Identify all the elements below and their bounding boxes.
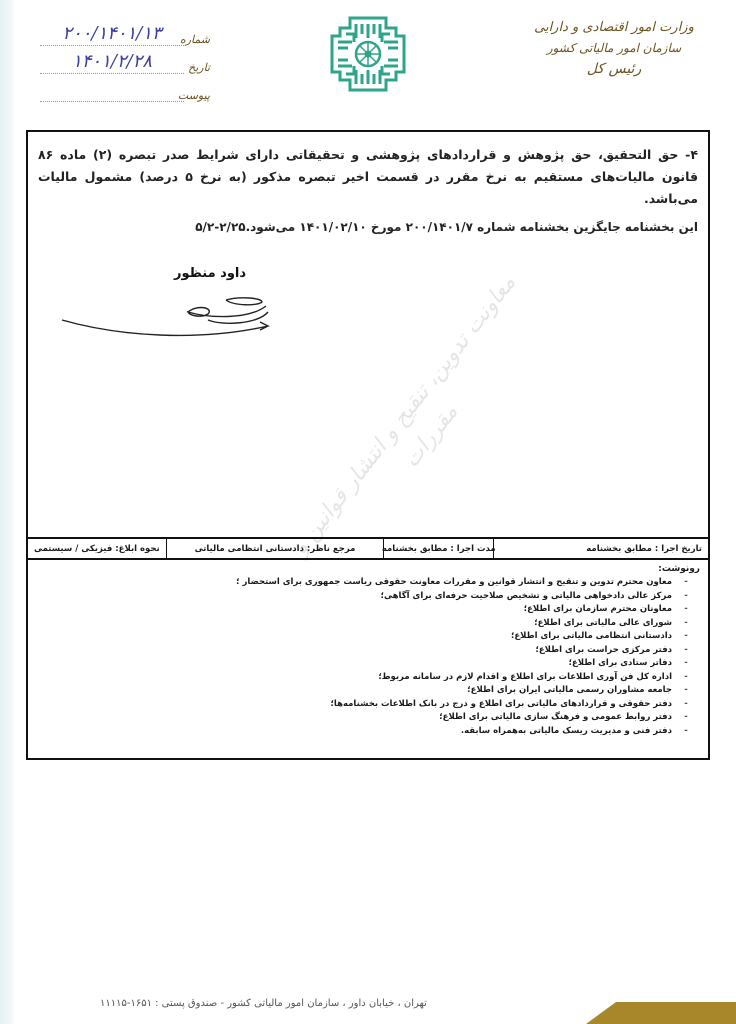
letter-date-value: ۱۴۰۱/۲/۲۸ [40, 51, 184, 74]
list-item: -مرکز عالی دادخواهی مالیاتی و تشخیص صلاح… [36, 590, 700, 604]
execution-date-cell: تاریخ اجرا : مطابق بخشنامه [493, 539, 708, 558]
copies-section: رونوشت: -معاون محترم تدوین و تنقیح و انت… [36, 564, 700, 738]
list-item: -شورای عالی مالیاتی برای اطلاع؛ [36, 617, 700, 631]
list-item: -دفتر فنی و مدیریت ریسک مالیاتی به‌همراه… [36, 725, 700, 739]
signer-name: داود منظور [174, 266, 246, 281]
list-item: -معاون محترم تدوین و تنقیح و انتشار قوان… [36, 576, 700, 590]
body-text: ۴- حق التحقیق، حق پژوهش و قراردادهای پژو… [38, 144, 698, 238]
notification-method-cell: نحوه ابلاغ: فیزیکی / سیستمی [28, 539, 166, 558]
footer-decorative-bar [586, 1002, 736, 1024]
paragraph-4: ۴- حق التحقیق، حق پژوهش و قراردادهای پژو… [38, 144, 698, 210]
letterhead: وزارت امور اقتصادی و دارایی سازمان امور … [514, 18, 714, 80]
execution-info-row: تاریخ اجرا : مطابق بخشنامه مدت اجرا : مط… [28, 537, 708, 560]
letter-meta: شماره ۲۰۰/۱۴۰۱/۱۳ تاریخ ۱۴۰۱/۲/۲۸ پیوست [40, 18, 210, 102]
replacement-note: این بخشنامه جایگزین بخشنامه شماره ۲۰۰/۱۴… [38, 216, 698, 238]
list-item: -اداره کل فن آوری اطلاعات برای اطلاع و ا… [36, 671, 700, 685]
letter-date-label: تاریخ [184, 61, 210, 74]
letter-number-value: ۲۰۰/۱۴۰۱/۱۳ [40, 23, 184, 46]
letter-number-row: شماره ۲۰۰/۱۴۰۱/۱۳ [40, 18, 210, 46]
list-item: -دفتر روابط عمومی و فرهنگ سازی مالیاتی ب… [36, 711, 700, 725]
list-item: -دفاتر ستادی برای اطلاع؛ [36, 657, 700, 671]
list-item: -دادستانی انتظامی مالیاتی برای اطلاع؛ [36, 630, 700, 644]
list-item: -دفتر مرکزی حراست برای اطلاع؛ [36, 644, 700, 658]
attachment-value [40, 101, 184, 102]
page-edge [0, 0, 14, 1024]
tax-org-emblem-icon [328, 14, 408, 94]
supervisory-authority-cell: مرجع ناظر: دادستانی انتظامی مالیاتی [166, 539, 384, 558]
footer-address: تهران ، خیابان داور ، سازمان امور مالیات… [100, 998, 427, 1009]
copies-list: -معاون محترم تدوین و تنقیح و انتشار قوان… [36, 576, 700, 738]
letter-number-label: شماره [184, 33, 210, 46]
signature-icon [58, 290, 288, 350]
letter-date-row: تاریخ ۱۴۰۱/۲/۲۸ [40, 46, 210, 74]
office-title: رئیس کل [514, 58, 714, 80]
execution-period-cell: مدت اجرا : مطابق بخشنامه [383, 539, 493, 558]
circular-body-box: ۴- حق التحقیق، حق پژوهش و قراردادهای پژو… [26, 130, 710, 760]
copies-title: رونوشت: [36, 564, 700, 574]
attachment-label: پیوست [184, 89, 210, 102]
list-item: -معاونان محترم سازمان برای اطلاع؛ [36, 603, 700, 617]
list-item: -جامعه مشاوران رسمی مالیاتی ایران برای ا… [36, 684, 700, 698]
list-item: -دفتر حقوقی و قراردادهای مالیاتی برای اط… [36, 698, 700, 712]
attachment-row: پیوست [40, 74, 210, 102]
footer: تهران ، خیابان داور ، سازمان امور مالیات… [0, 994, 736, 1024]
organization-name: سازمان امور مالیاتی کشور [514, 38, 714, 58]
ministry-name: وزارت امور اقتصادی و دارایی [514, 18, 714, 38]
